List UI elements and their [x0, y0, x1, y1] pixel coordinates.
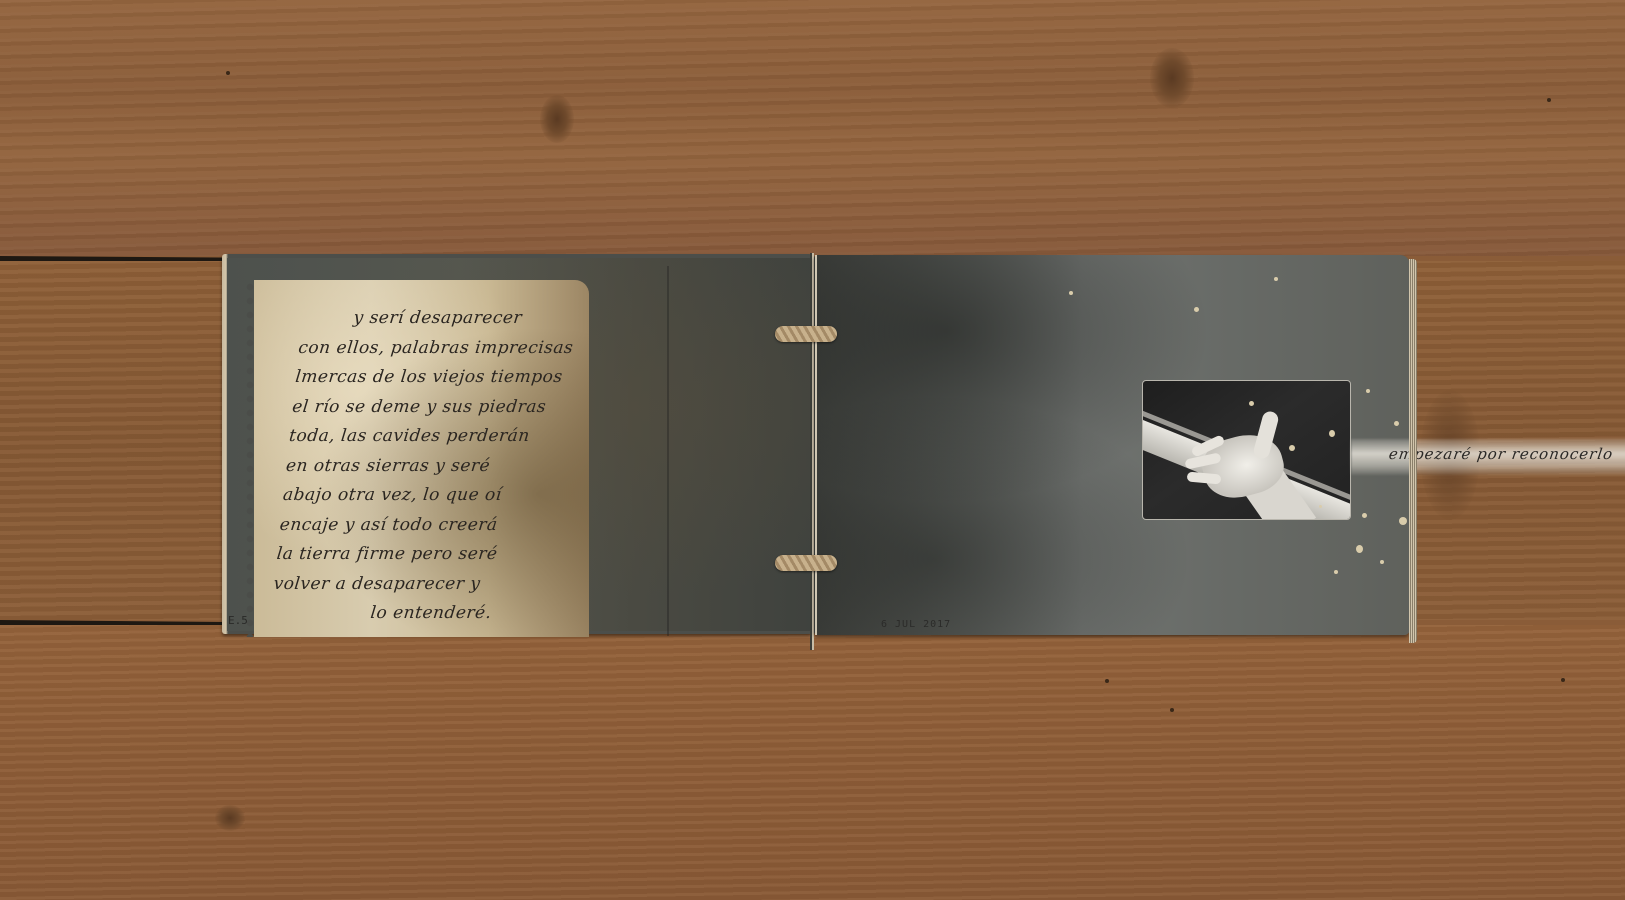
hand-photograph — [1142, 380, 1351, 520]
paint-splatter — [1289, 445, 1295, 451]
gutter-shadow — [667, 266, 669, 636]
nail-hole — [1105, 679, 1109, 683]
finger — [1187, 472, 1222, 485]
poem-line: lmercas de los viejos tiempos — [294, 363, 597, 393]
nail-hole — [226, 71, 230, 75]
open-notebook: y serí desaparecer con ellos, palabras i… — [222, 254, 1417, 650]
paint-splatter — [1380, 560, 1384, 564]
paint-splatter — [1329, 430, 1335, 437]
nail-hole — [1170, 708, 1174, 712]
nail-hole — [1547, 98, 1551, 102]
poem-line: encaje y así todo creerá — [278, 511, 581, 541]
paint-splatter — [1194, 307, 1199, 312]
left-page-surface: y serí desaparecer con ellos, palabras i… — [227, 258, 812, 631]
poem-line: volver a desaparecer y — [272, 570, 575, 600]
poem-line: toda, las cavides perderán — [288, 422, 591, 452]
poem-line: en otras sierras y seré — [284, 452, 587, 482]
paint-splatter — [1362, 513, 1367, 518]
wood-knot — [215, 805, 245, 831]
stacked-page-edges — [1409, 259, 1417, 643]
paint-splatter — [1356, 545, 1363, 553]
twine-binding-top — [775, 326, 837, 342]
poem-line: abajo otra vez, lo que oí — [281, 481, 584, 511]
spine — [815, 255, 817, 635]
wood-knot — [1150, 48, 1194, 108]
twine-binding-bottom — [775, 555, 837, 571]
page-number: E.5 — [228, 614, 248, 627]
perforated-edge — [246, 280, 258, 637]
paint-splatter — [1366, 389, 1370, 393]
paint-splatter — [1334, 570, 1338, 574]
poem-line: el río se deme y sus piedras — [291, 393, 594, 423]
right-page: empezaré por reconocerlo 6 JUL 2017 — [810, 253, 1417, 650]
paint-splatter — [1274, 277, 1278, 281]
paint-splatter — [1319, 505, 1322, 508]
paint-splatter — [1069, 291, 1073, 295]
wood-plank-top — [0, 0, 1625, 256]
torn-notebook-paper: y serí desaparecer con ellos, palabras i… — [254, 280, 589, 637]
date-stamp: 6 JUL 2017 — [881, 619, 951, 630]
poem-line: con ellos, palabras imprecisas — [297, 334, 600, 364]
poem-line: lo entenderé. — [269, 599, 572, 629]
poem-line: la tierra firme pero seré — [275, 540, 578, 570]
nail-hole — [1561, 678, 1565, 682]
wood-knot — [540, 95, 574, 143]
wood-plank-bottom — [0, 625, 1625, 900]
paint-splatter — [1394, 421, 1399, 426]
left-page: y serí desaparecer con ellos, palabras i… — [222, 254, 812, 634]
paint-splatter — [1399, 517, 1407, 525]
handwritten-caption: empezaré por reconocerlo — [1388, 445, 1615, 463]
paint-splatter — [1249, 401, 1254, 406]
poem-line: y serí desaparecer — [300, 304, 603, 334]
right-page-surface: empezaré por reconocerlo 6 JUL 2017 — [814, 255, 1410, 635]
handwritten-poem: y serí desaparecer con ellos, palabras i… — [269, 304, 603, 629]
